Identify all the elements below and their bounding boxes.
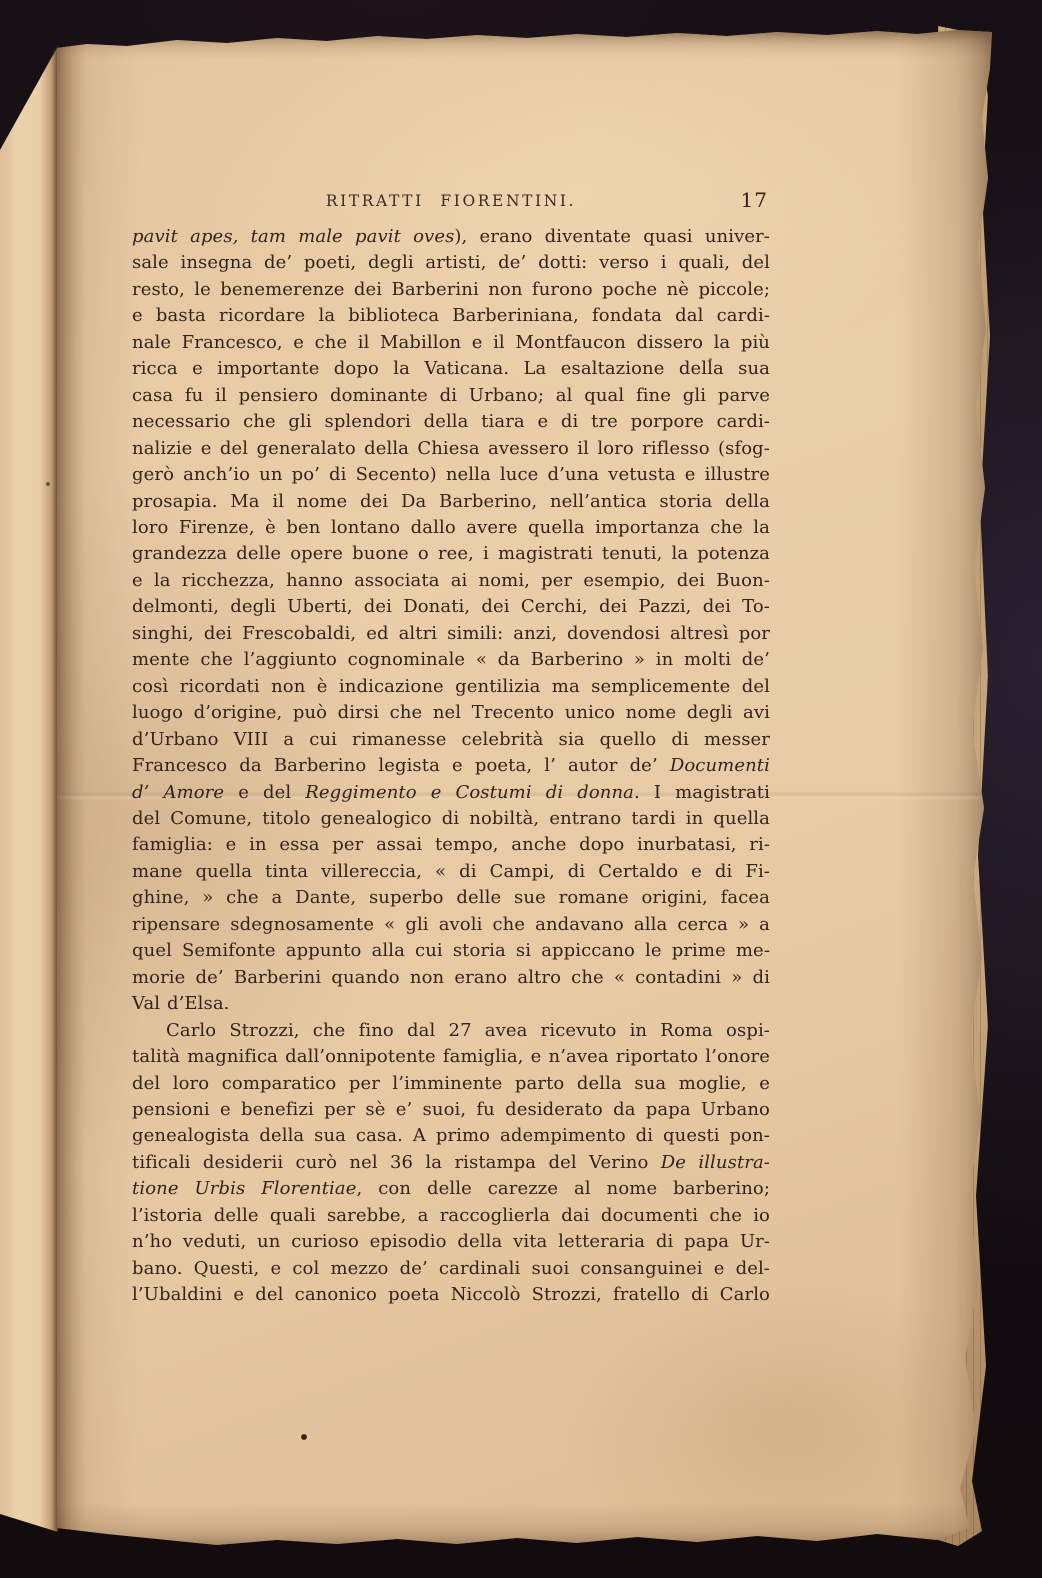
text-line: prosapia. Ma il nome dei Da Barberino, n… bbox=[132, 489, 770, 515]
text-line: e la ricchezza, hanno associata ai nomi,… bbox=[132, 568, 770, 594]
text-line: necessario che gli splendori della tiara… bbox=[132, 409, 770, 435]
text-line: loro Firenze, è ben lontano dallo avere … bbox=[132, 515, 770, 541]
text-line: n’ho veduti, un curioso episodio della v… bbox=[132, 1229, 770, 1255]
ink-speck bbox=[709, 358, 712, 361]
text-line: casa fu il pensiero dominante di Urbano;… bbox=[132, 383, 770, 409]
text-line: luogo d’origine, può dirsi che nel Trece… bbox=[132, 700, 770, 726]
text-line: genealogista della sua casa. A primo ade… bbox=[132, 1123, 770, 1149]
text-line: mane quella tinta villereccia, « di Camp… bbox=[132, 859, 770, 885]
text-line: ghine, » che a Dante, superbo delle sue … bbox=[132, 885, 770, 911]
text-line: singhi, dei Frescobaldi, ed altri simili… bbox=[132, 621, 770, 647]
text-line: pavit apes, tam male pavit oves), erano … bbox=[132, 224, 770, 250]
page-header: RITRATTI FIORENTINI. 17 bbox=[132, 191, 770, 210]
ink-speck bbox=[301, 1434, 307, 1440]
text-line: resto, le benemerenze dei Barberini non … bbox=[132, 277, 770, 303]
book-page: RITRATTI FIORENTINI. 17 pavit apes, tam … bbox=[57, 28, 992, 1548]
text-line: Francesco da Barberino legista e poeta, … bbox=[132, 753, 770, 779]
text-line: tificali desiderii curò nel 36 la ristam… bbox=[132, 1150, 770, 1176]
text-line: nalizie e del generalato della Chiesa av… bbox=[132, 436, 770, 462]
text-line: famiglia: e in essa per assai tempo, anc… bbox=[132, 832, 770, 858]
text-line: ripensare sdegnosamente « gli avoli che … bbox=[132, 912, 770, 938]
text-line: quel Semifonte appunto alla cui storia s… bbox=[132, 938, 770, 964]
text-line: mente che l’aggiunto cognominale « da Ba… bbox=[132, 647, 770, 673]
text-line: del loro comparatico per l’imminente par… bbox=[132, 1071, 770, 1097]
facing-page-edge bbox=[0, 44, 58, 1538]
text-line: d’ Amore e del Reggimento e Costumi di d… bbox=[132, 780, 770, 806]
text-line: così ricordati non è indicazione gentili… bbox=[132, 674, 770, 700]
text-line: nale Francesco, e che il Mabillon e il M… bbox=[132, 330, 770, 356]
text-line: pensioni e benefizi per sè e’ suoi, fu d… bbox=[132, 1097, 770, 1123]
book-photo: RITRATTI FIORENTINI. 17 pavit apes, tam … bbox=[0, 0, 1042, 1578]
text-line: del Comune, titolo genealogico di nobilt… bbox=[132, 806, 770, 832]
text-line: Carlo Strozzi, che fino dal 27 avea rice… bbox=[132, 1018, 770, 1044]
ink-speck bbox=[46, 482, 50, 486]
running-title: RITRATTI FIORENTINI. bbox=[326, 192, 576, 210]
text-line: l’istoria delle quali sarebbe, a raccogl… bbox=[132, 1203, 770, 1229]
text-line: l’Ubaldini e del canonico poeta Niccolò … bbox=[132, 1282, 770, 1308]
text-line: bano. Questi, e col mezzo de’ cardinali … bbox=[132, 1256, 770, 1282]
text-line: e basta ricordare la biblioteca Barberin… bbox=[132, 303, 770, 329]
page-number: 17 bbox=[741, 188, 768, 212]
text-line: talità magnifica dall’onnipotente famigl… bbox=[132, 1044, 770, 1070]
text-column: RITRATTI FIORENTINI. 17 pavit apes, tam … bbox=[132, 28, 770, 1548]
text-line: ricca e importante dopo la Vaticana. La … bbox=[132, 356, 770, 382]
text-line: delmonti, degli Uberti, dei Donati, dei … bbox=[132, 594, 770, 620]
body-text: pavit apes, tam male pavit oves), erano … bbox=[132, 224, 770, 1309]
text-line: grandezza delle opere buone o ree, i mag… bbox=[132, 541, 770, 567]
text-line: tione Urbis Florentiae, con delle carezz… bbox=[132, 1176, 770, 1202]
text-line: d’Urbano VIII a cui rimanesse celebrità … bbox=[132, 727, 770, 753]
text-line: gerò anch’io un po’ di Secento) nella lu… bbox=[132, 462, 770, 488]
text-line: Val d’Elsa. bbox=[132, 991, 770, 1017]
text-line: sale insegna de’ poeti, degli artisti, d… bbox=[132, 250, 770, 276]
text-line: morie de’ Barberini quando non erano alt… bbox=[132, 965, 770, 991]
